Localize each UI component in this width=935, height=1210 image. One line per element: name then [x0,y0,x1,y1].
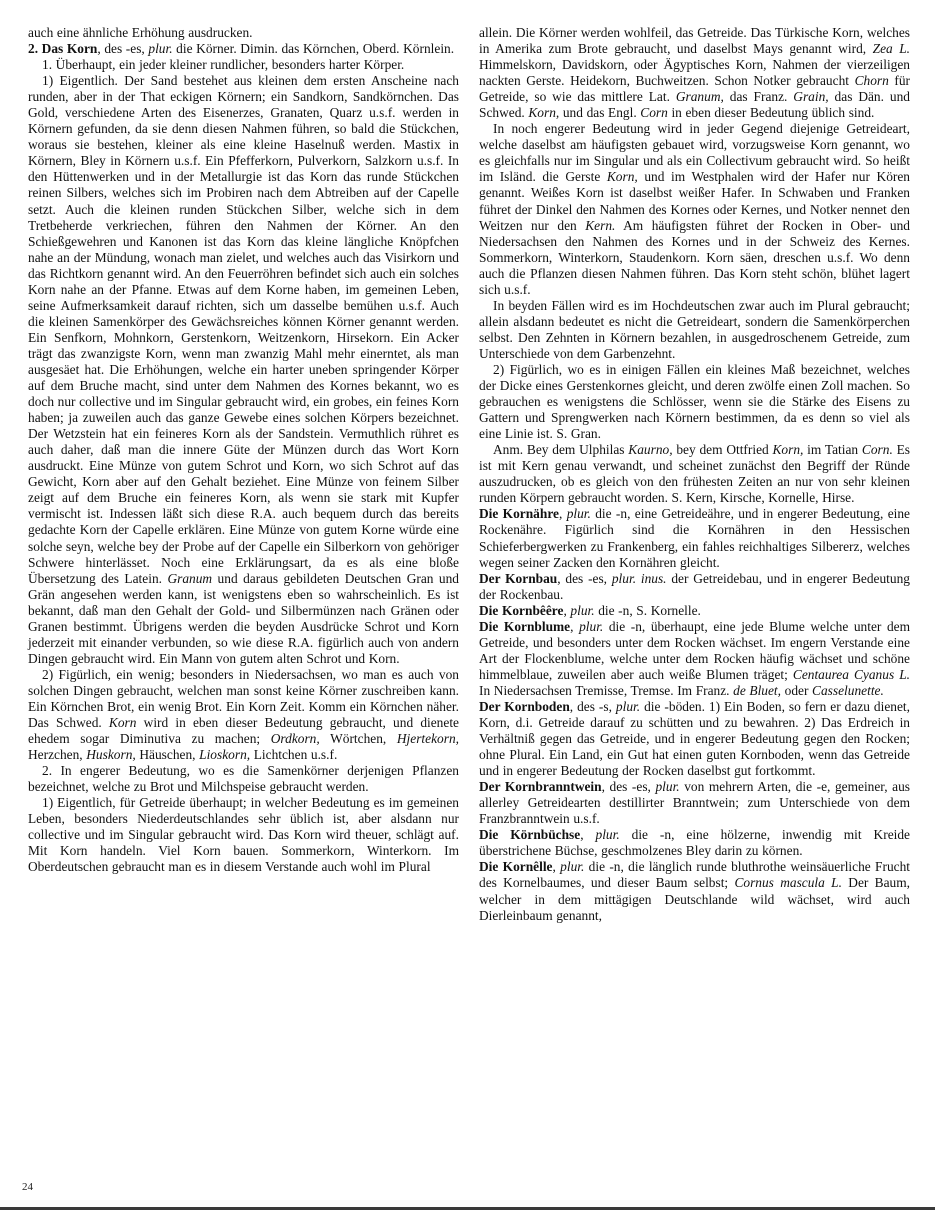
italic-term: Kern. [585,218,615,233]
body-text: , des -es, [557,571,612,586]
body-text: Anm. Bey dem Ulphilas [493,442,628,457]
body-text: bey dem Ottfried [673,442,773,457]
body-text: In beyden Fällen wird es im Hochdeutsche… [479,298,910,361]
body-text: oder [781,683,812,698]
italic-term: plur. [655,779,679,794]
italic-term: plur. [616,699,640,714]
italic-term: plur. [579,619,603,634]
body-text: auch eine ähnliche Erhöhung ausdrucken. [28,25,253,40]
italic-term: Zea L. [873,41,910,56]
dictionary-entry: Die Kornblume, plur. die -n, überhaupt, … [479,619,910,699]
paragraph: auch eine ähnliche Erhöhung ausdrucken. [28,25,459,41]
body-text: und das Engl. [559,105,640,120]
italic-term: Corn. [862,442,893,457]
dictionary-entry: Der Kornbranntwein, des -es, plur. von m… [479,779,910,827]
text-column-right: allein. Die Körner werden wohlfeil, das … [479,25,910,924]
dictionary-entry: 2. Das Korn, des -es, plur. die Körner. … [28,41,459,57]
headword: Die Körnbüchse [479,827,580,842]
italic-term: Korn [109,715,137,730]
italic-term: de Bluet, [733,683,781,698]
body-text: das Franz. [724,89,793,104]
body-text: , [552,859,560,874]
italic-term: plur. [570,603,594,618]
italic-term: Lioskorn, [199,747,250,762]
body-text: im Tatian [803,442,862,457]
body-text: In Niedersachsen Tremisse, Tremse. Im Fr… [479,683,733,698]
dictionary-entry: Die Kornêlle, plur. die -n, die länglich… [479,859,910,923]
headword: 2. Das Korn [28,41,97,56]
paragraph: 1. Überhaupt, ein jeder kleiner rundlich… [28,57,459,73]
paragraph: 2. In engerer Bedeutung, wo es die Samen… [28,763,459,795]
headword: Der Kornbranntwein [479,779,602,794]
italic-term: Chorn [855,73,889,88]
dictionary-entry: Die Körnbüchse, plur. die -n, eine hölze… [479,827,910,859]
body-text: , [580,827,595,842]
italic-term: plur. inus. [612,571,667,586]
body-text: Himmelskorn, Davidskorn, oder Ägyptische… [479,57,910,88]
page-number: 24 [22,1181,33,1193]
body-text: 1. Überhaupt, ein jeder kleiner rundlich… [42,57,404,72]
italic-term: Hjertekorn, [397,731,459,746]
paragraph: In beyden Fällen wird es im Hochdeutsche… [479,298,910,362]
body-text: 1) Eigentlich, für Getreide überhaupt; i… [28,795,459,874]
dictionary-entry: Der Kornboden, des -s, plur. die -böden.… [479,699,910,779]
body-text: , des -s, [570,699,616,714]
body-text: die -n, S. Kornelle. [595,603,701,618]
body-text: 1) Eigentlich. Der Sand bestehet aus kle… [28,73,459,585]
italic-term: Grain, [793,89,828,104]
dictionary-page: auch eine ähnliche Erhöhung ausdrucken.2… [0,0,935,1210]
italic-term: plur. [148,41,172,56]
italic-term: Ordkorn, [271,731,320,746]
body-text: allein. Die Körner werden wohlfeil, das … [479,25,910,56]
italic-term: Cornus mascula L. [734,875,842,890]
italic-term: Granum, [676,89,724,104]
headword: Die Kornähre [479,506,559,521]
dictionary-entry: Die Kornbêêre, plur. die -n, S. Kornelle… [479,603,910,619]
body-text: in eben dieser Bedeutung üblich sind. [668,105,875,120]
text-column-left: auch eine ähnliche Erhöhung ausdrucken.2… [28,25,459,875]
body-text: , des -es, [602,779,656,794]
headword: Der Kornbau [479,571,557,586]
paragraph: 1) Eigentlich, für Getreide überhaupt; i… [28,795,459,875]
italic-term: Corn [640,105,668,120]
italic-term: plur. [560,859,584,874]
italic-term: Casselunette. [812,683,884,698]
italic-term: plur. [596,827,620,842]
italic-term: Korn, [607,169,638,184]
body-text: 2) Figürlich, wo es in einigen Fällen ei… [479,362,910,441]
headword: Die Kornbêêre [479,603,563,618]
body-text: , des -es, [97,41,148,56]
paragraph: allein. Die Körner werden wohlfeil, das … [479,25,910,121]
italic-term: plur. [567,506,591,521]
italic-term: Korn, [528,105,559,120]
dictionary-entry: Der Kornbau, des -es, plur. inus. der Ge… [479,571,910,603]
body-text: Lichtchen u.s.f. [250,747,337,762]
body-text: die Körner. Dimin. das Körnchen, Oberd. … [173,41,455,56]
paragraph: 2) Figürlich, ein wenig; besonders in Ni… [28,667,459,763]
italic-term: Korn, [773,442,804,457]
headword: Die Kornblume [479,619,570,634]
body-text: Häuschen, [136,747,199,762]
paragraph: Anm. Bey dem Ulphilas Kaurno, bey dem Ot… [479,442,910,506]
paragraph: 2) Figürlich, wo es in einigen Fällen ei… [479,362,910,442]
headword: Die Kornêlle [479,859,552,874]
body-text: Herzchen, [28,747,86,762]
headword: Der Kornboden [479,699,570,714]
body-text: 2. In engerer Bedeutung, wo es die Samen… [28,763,459,794]
paragraph: 1) Eigentlich. Der Sand bestehet aus kle… [28,73,459,667]
italic-term: Kaurno, [628,442,672,457]
italic-term: Huskorn, [86,747,135,762]
body-text: , [570,619,579,634]
body-text: , [559,506,567,521]
body-text: Wörtchen, [320,731,397,746]
dictionary-entry: Die Kornähre, plur. die -n, eine Getreid… [479,506,910,570]
italic-term: Granum [167,571,212,586]
paragraph: In noch engerer Bedeutung wird in jeder … [479,121,910,298]
italic-term: Centaurea Cyanus L. [793,667,910,682]
